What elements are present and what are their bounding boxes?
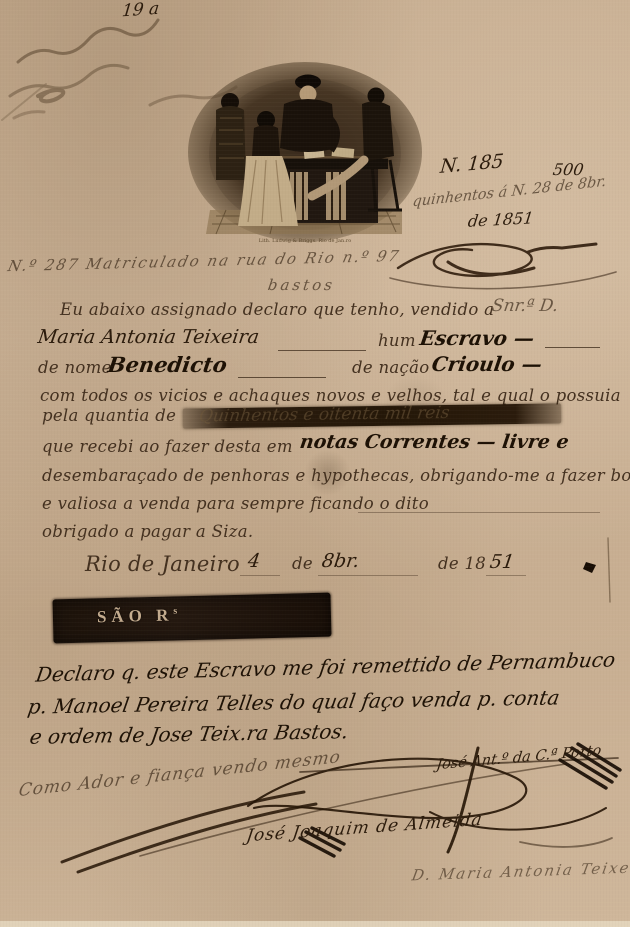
blank-rule [318,574,418,576]
blank-rule [238,376,326,378]
due-year-note: de 1851 [467,208,535,231]
date-place: Rio de Janeiro [85,552,240,576]
blank-rule [358,511,600,513]
blank-rule [278,349,366,351]
form-line1: Eu abaixo assignado declaro que tenho, v… [60,300,494,319]
blank-rule [486,574,526,576]
document-page: Lith. Ludwig & Briggs. Rio de Jan.ro 19 … [0,0,630,927]
price-hand-redacted: Quinhentos e oitenta mil reis [198,403,451,427]
nation-hand: Crioulo — [430,352,543,376]
vignette-caption: Lith. Ludwig & Briggs. Rio de Jan.ro [259,238,352,244]
date-de1: de [292,554,313,573]
date-month-hand: 8br. [320,550,360,572]
sao-reis-stamp: SÃO Rs [53,593,332,644]
form-line5-printed: pela quantia de [42,406,176,425]
form-line3-printed-b: de nação [352,358,429,377]
stamp-label: SÃO Rs [97,605,178,627]
form-line4: com todos os vicios e achaques novos e v… [40,386,621,405]
form-line6-printed: que recebi ao fazer desta em [42,437,293,456]
date-de2: de 18 [438,554,486,573]
buyer-name-hand: Maria Antonia Teixeira [36,326,260,348]
payment-mode-hand: notas Correntes — livre e [298,431,570,453]
buyer-honorific-hand: Snr.ª D. [491,296,560,316]
form-line2-printed: hum [378,331,416,350]
slave-name-hand: Benedicto [106,352,228,377]
escravo-hand: Escravo — [418,326,535,350]
scan-edge [0,921,630,927]
form-line9: obrigado a pagar a Siza. [42,522,253,541]
date-year-hand: 51 [488,551,515,573]
registry-subline: bastos [267,276,337,294]
blank-rule [545,346,600,348]
corner-note: 19 a [121,0,160,21]
form-line7: desembaraçado de penhoras e hypothecas, … [42,466,630,485]
form-line3-printed-a: de nome [38,358,112,377]
vignette-engraving-slave-sale-scene: Lith. Ludwig & Briggs. Rio de Jan.ro [186,60,424,248]
blank-rule [240,574,280,576]
